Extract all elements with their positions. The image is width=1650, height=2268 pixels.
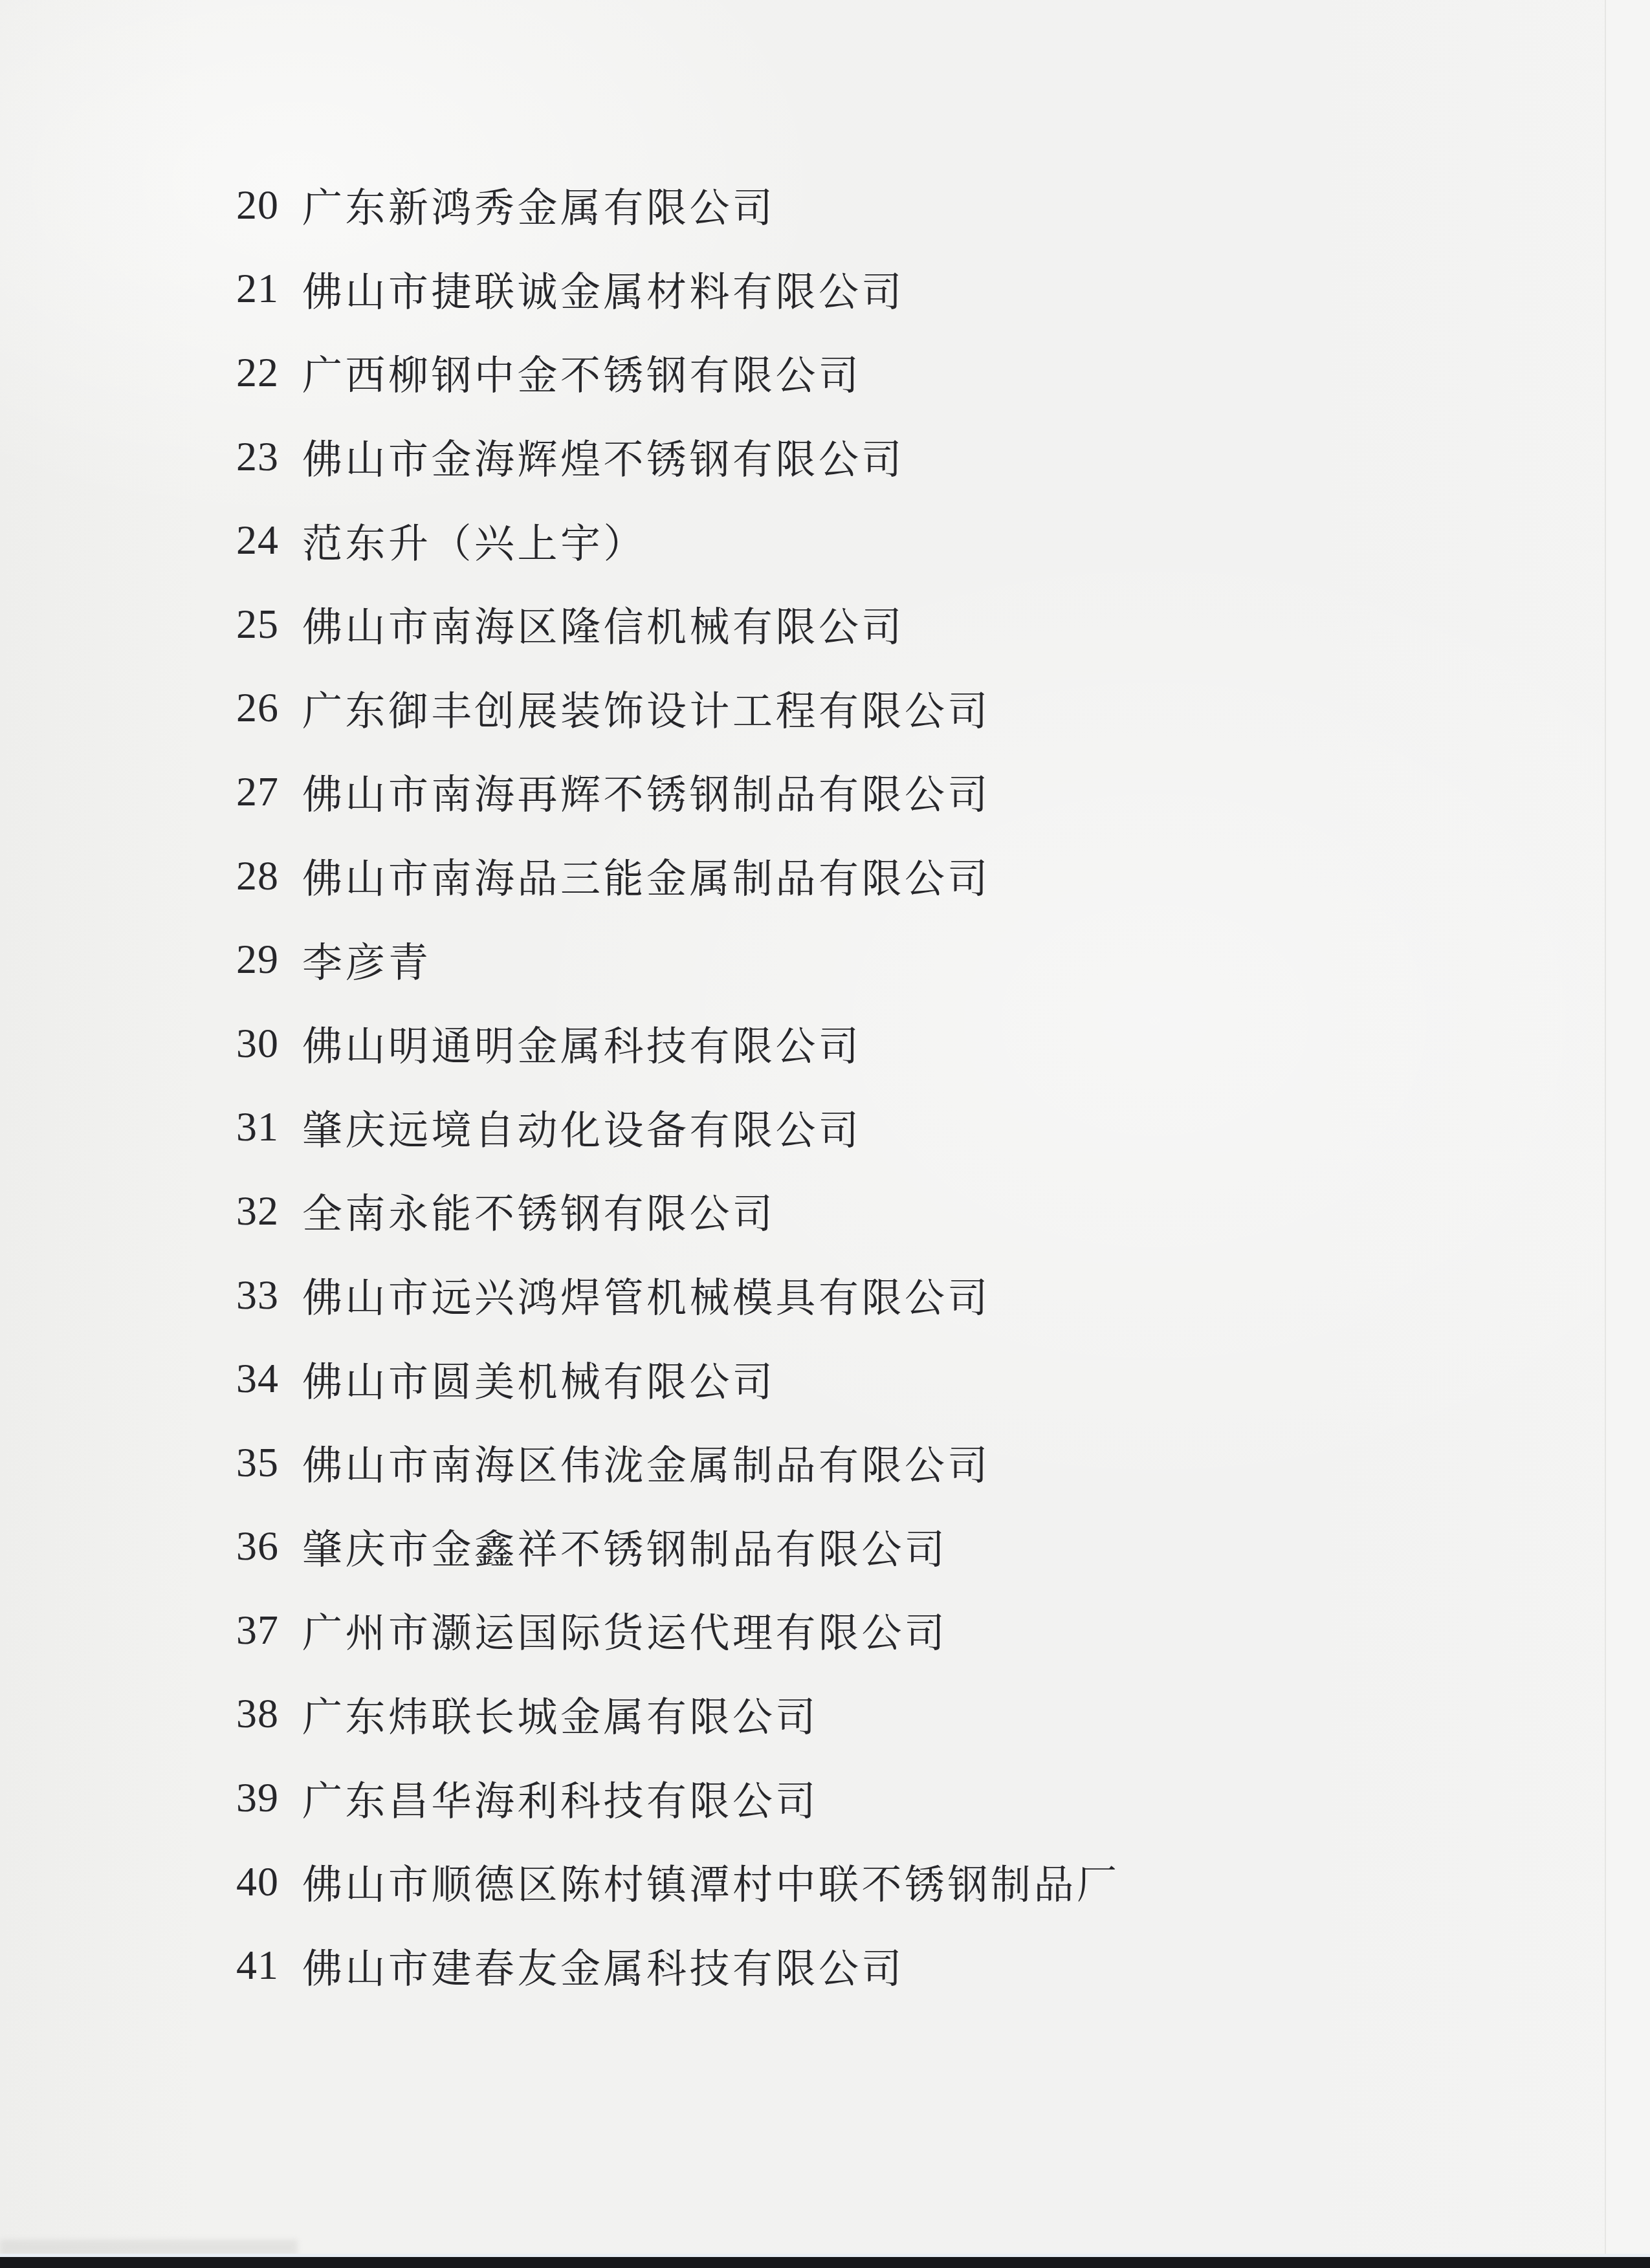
company-name: 佛山市建春友金属科技有限公司	[302, 1937, 905, 1994]
company-list: 20广东新鸿秀金属有限公司 21佛山市捷联诚金属材料有限公司 22广西柳钢中金不…	[236, 163, 1530, 2007]
scanned-page: 20广东新鸿秀金属有限公司 21佛山市捷联诚金属材料有限公司 22广西柳钢中金不…	[0, 0, 1650, 2268]
company-name: 广州市灏运国际货运代理有限公司	[302, 1601, 948, 1659]
company-name: 佛山市捷联诚金属材料有限公司	[302, 260, 905, 318]
list-item: 31肇庆远境自动化设备有限公司	[236, 1085, 1530, 1170]
company-name: 佛山市南海品三能金属制品有限公司	[302, 847, 991, 904]
list-item: 38广东炜联长城金属有限公司	[236, 1672, 1530, 1756]
item-number: 39	[236, 1774, 279, 1822]
company-name: 广东御丰创展装饰设计工程有限公司	[302, 679, 991, 737]
company-name: 肇庆市金鑫祥不锈钢制品有限公司	[302, 1518, 948, 1575]
company-name: 佛山市南海再辉不锈钢制品有限公司	[302, 763, 991, 820]
item-number: 31	[236, 1103, 279, 1151]
company-name: 广东炜联长城金属有限公司	[302, 1685, 819, 1743]
list-item: 25佛山市南海区隆信机械有限公司	[236, 582, 1530, 666]
item-number: 36	[236, 1522, 279, 1570]
list-item: 29李彦青	[236, 917, 1530, 1001]
company-name: 佛山市远兴鸿焊管机械模具有限公司	[302, 1266, 991, 1324]
person-name: 李彦青	[302, 931, 432, 988]
item-number: 25	[236, 600, 279, 648]
list-item: 27佛山市南海再辉不锈钢制品有限公司	[236, 750, 1530, 834]
person-name: 范东升（兴上宇）	[302, 512, 646, 569]
item-number: 38	[236, 1690, 279, 1738]
item-number: 34	[236, 1355, 279, 1402]
company-name: 佛山市南海区隆信机械有限公司	[302, 595, 905, 653]
scan-right-strip	[1606, 0, 1650, 2254]
item-number: 32	[236, 1187, 279, 1235]
item-number: 28	[236, 852, 279, 900]
item-number: 33	[236, 1271, 279, 1319]
item-number: 23	[236, 433, 279, 481]
list-item: 32全南永能不锈钢有限公司	[236, 1169, 1530, 1253]
list-item: 26广东御丰创展装饰设计工程有限公司	[236, 666, 1530, 750]
company-name: 广西柳钢中金不锈钢有限公司	[302, 343, 862, 401]
list-item: 36肇庆市金鑫祥不锈钢制品有限公司	[236, 1505, 1530, 1589]
list-item: 24范东升（兴上宇）	[236, 498, 1530, 582]
item-number: 27	[236, 768, 279, 816]
company-name: 佛山市顺德区陈村镇潭村中联不锈钢制品厂	[302, 1853, 1120, 1910]
list-item: 23佛山市金海辉煌不锈钢有限公司	[236, 415, 1530, 499]
item-number: 29	[236, 935, 279, 983]
company-name: 佛山市圆美机械有限公司	[302, 1350, 776, 1408]
list-item: 22广西柳钢中金不锈钢有限公司	[236, 331, 1530, 415]
company-name: 广东新鸿秀金属有限公司	[302, 176, 776, 234]
company-name: 广东昌华海利科技有限公司	[302, 1769, 819, 1827]
company-name: 全南永能不锈钢有限公司	[302, 1182, 776, 1239]
list-item: 34佛山市圆美机械有限公司	[236, 1336, 1530, 1421]
list-item: 41佛山市建春友金属科技有限公司	[236, 1923, 1530, 2007]
item-number: 20	[236, 181, 279, 229]
list-item: 40佛山市顺德区陈村镇潭村中联不锈钢制品厂	[236, 1840, 1530, 1924]
list-item: 28佛山市南海品三能金属制品有限公司	[236, 834, 1530, 918]
item-number: 37	[236, 1606, 279, 1654]
scan-bottom-edge	[0, 2257, 1650, 2268]
list-item: 39广东昌华海利科技有限公司	[236, 1756, 1530, 1840]
company-name: 佛山明通明金属科技有限公司	[302, 1014, 862, 1072]
list-item: 20广东新鸿秀金属有限公司	[236, 163, 1530, 247]
item-number: 26	[236, 684, 279, 732]
item-number: 35	[236, 1439, 279, 1487]
item-number: 21	[236, 265, 279, 312]
company-name: 佛山市南海区伟泷金属制品有限公司	[302, 1434, 991, 1491]
list-item: 37广州市灏运国际货运代理有限公司	[236, 1588, 1530, 1672]
company-name: 佛山市金海辉煌不锈钢有限公司	[302, 428, 905, 485]
item-number: 30	[236, 1020, 279, 1067]
item-number: 41	[236, 1941, 279, 1989]
item-number: 22	[236, 349, 279, 397]
company-name: 肇庆远境自动化设备有限公司	[302, 1098, 862, 1156]
list-item: 30佛山明通明金属科技有限公司	[236, 1001, 1530, 1085]
item-number: 40	[236, 1858, 279, 1906]
list-item: 33佛山市远兴鸿焊管机械模具有限公司	[236, 1253, 1530, 1337]
list-item: 21佛山市捷联诚金属材料有限公司	[236, 247, 1530, 331]
item-number: 24	[236, 516, 279, 564]
page-curl-shadow	[0, 2240, 298, 2255]
list-item: 35佛山市南海区伟泷金属制品有限公司	[236, 1421, 1530, 1505]
